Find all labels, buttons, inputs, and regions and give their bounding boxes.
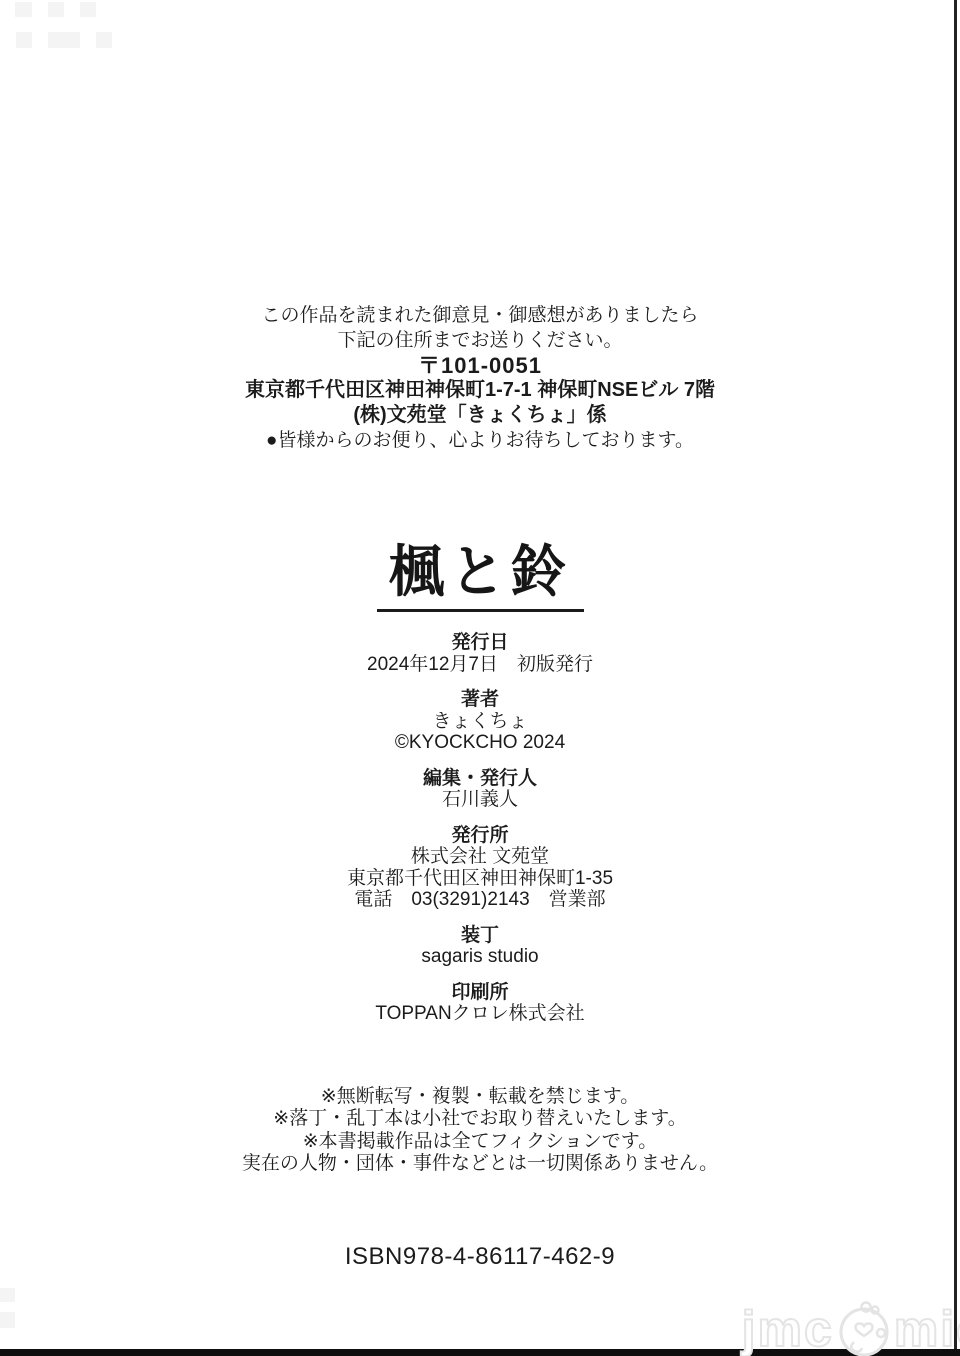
scan-edge-right [954,0,957,1356]
printer-name: TOPPANクロレ株式会社 [0,1003,960,1025]
scan-artifact [96,32,112,48]
editor-name: 石川義人 [0,789,960,811]
publication-date: 2024年12月7日 初版発行 [0,654,960,676]
watermark-text-suffix: mic [894,1304,960,1354]
scan-artifact [80,2,96,17]
reader-feedback-block: この作品を読まれた御意見・御感想がありましたら 下記の住所までお送りください。 … [0,303,960,453]
section-heading: 著者 [0,689,960,711]
design-studio: sagaris studio [0,946,960,968]
section-printer: 印刷所 TOPPANクロレ株式会社 [0,982,960,1025]
section-heading: 発行所 [0,825,960,847]
scan-artifact [16,32,32,48]
postal-code: 〒101-0051 [0,353,960,378]
section-author: 著者 きょくちょ ©KYOCKCHO 2024 [0,689,960,754]
copyright-line: ©KYOCKCHO 2024 [0,732,960,754]
scan-artifact [48,32,80,48]
publisher-phone: 電話 03(3291)2143 営業部 [0,889,960,911]
isbn-number: ISBN978-4-86117-462-9 [0,1243,960,1271]
disclaimer-line: ※落丁・乱丁本は小社でお取り替えいたします。 [0,1108,960,1130]
section-heading: 印刷所 [0,982,960,1004]
mail-recipient: (株)文苑堂「きょくちょ」係 [0,403,960,428]
scan-artifact [0,1312,15,1328]
publisher-address: 東京都千代田区神田神保町1-7-1 神保町NSEビル 7階 [0,378,960,403]
disclaimer-line: ※無断転写・複製・転載を禁じます。 [0,1086,960,1108]
section-publication-date: 発行日 2024年12月7日 初版発行 [0,632,960,675]
disclaimer-line: 実在の人物・団体・事件などとは一切関係ありません。 [0,1153,960,1175]
scan-artifact [0,1288,15,1302]
section-heading: 編集・発行人 [0,768,960,790]
section-editor-publisher: 編集・発行人 石川義人 [0,768,960,811]
section-heading: 装丁 [0,925,960,947]
watermark-text-prefix: jmc [742,1304,834,1354]
disclaimers-block: ※無断転写・複製・転載を禁じます。 ※落丁・乱丁本は小社でお取り替えいたします。… [0,1086,960,1176]
feedback-line-1: この作品を読まれた御意見・御感想がありましたら [0,303,960,328]
section-heading: 発行日 [0,632,960,654]
publisher-name: 株式会社 文苑堂 [0,846,960,868]
feedback-note: ●皆様からのお便り、心よりお待ちしております。 [0,428,960,453]
section-design: 装丁 sagaris studio [0,925,960,968]
section-publishing-house: 発行所 株式会社 文苑堂 東京都千代田区神田神保町1-35 電話 03(3291… [0,825,960,911]
publisher-street-address: 東京都千代田区神田神保町1-35 [0,868,960,890]
scan-artifact [15,2,32,17]
jmcomic-watermark: jmc mic [742,1300,960,1356]
author-name: きょくちょ [0,711,960,733]
title-block: 楓と鈴 [0,541,960,612]
book-title: 楓と鈴 [377,541,584,612]
colophon-details: 発行日 2024年12月7日 初版発行 著者 きょくちょ ©KYOCKCHO 2… [0,632,960,1039]
scan-artifact [48,2,64,17]
jmcomic-mascot-icon [836,1300,892,1356]
disclaimer-line: ※本書掲載作品は全てフィクションです。 [0,1131,960,1153]
colophon-page: { "feedback": { "line1": "この作品を読まれた御意見・御… [0,0,960,1356]
feedback-line-2: 下記の住所までお送りください。 [0,328,960,353]
